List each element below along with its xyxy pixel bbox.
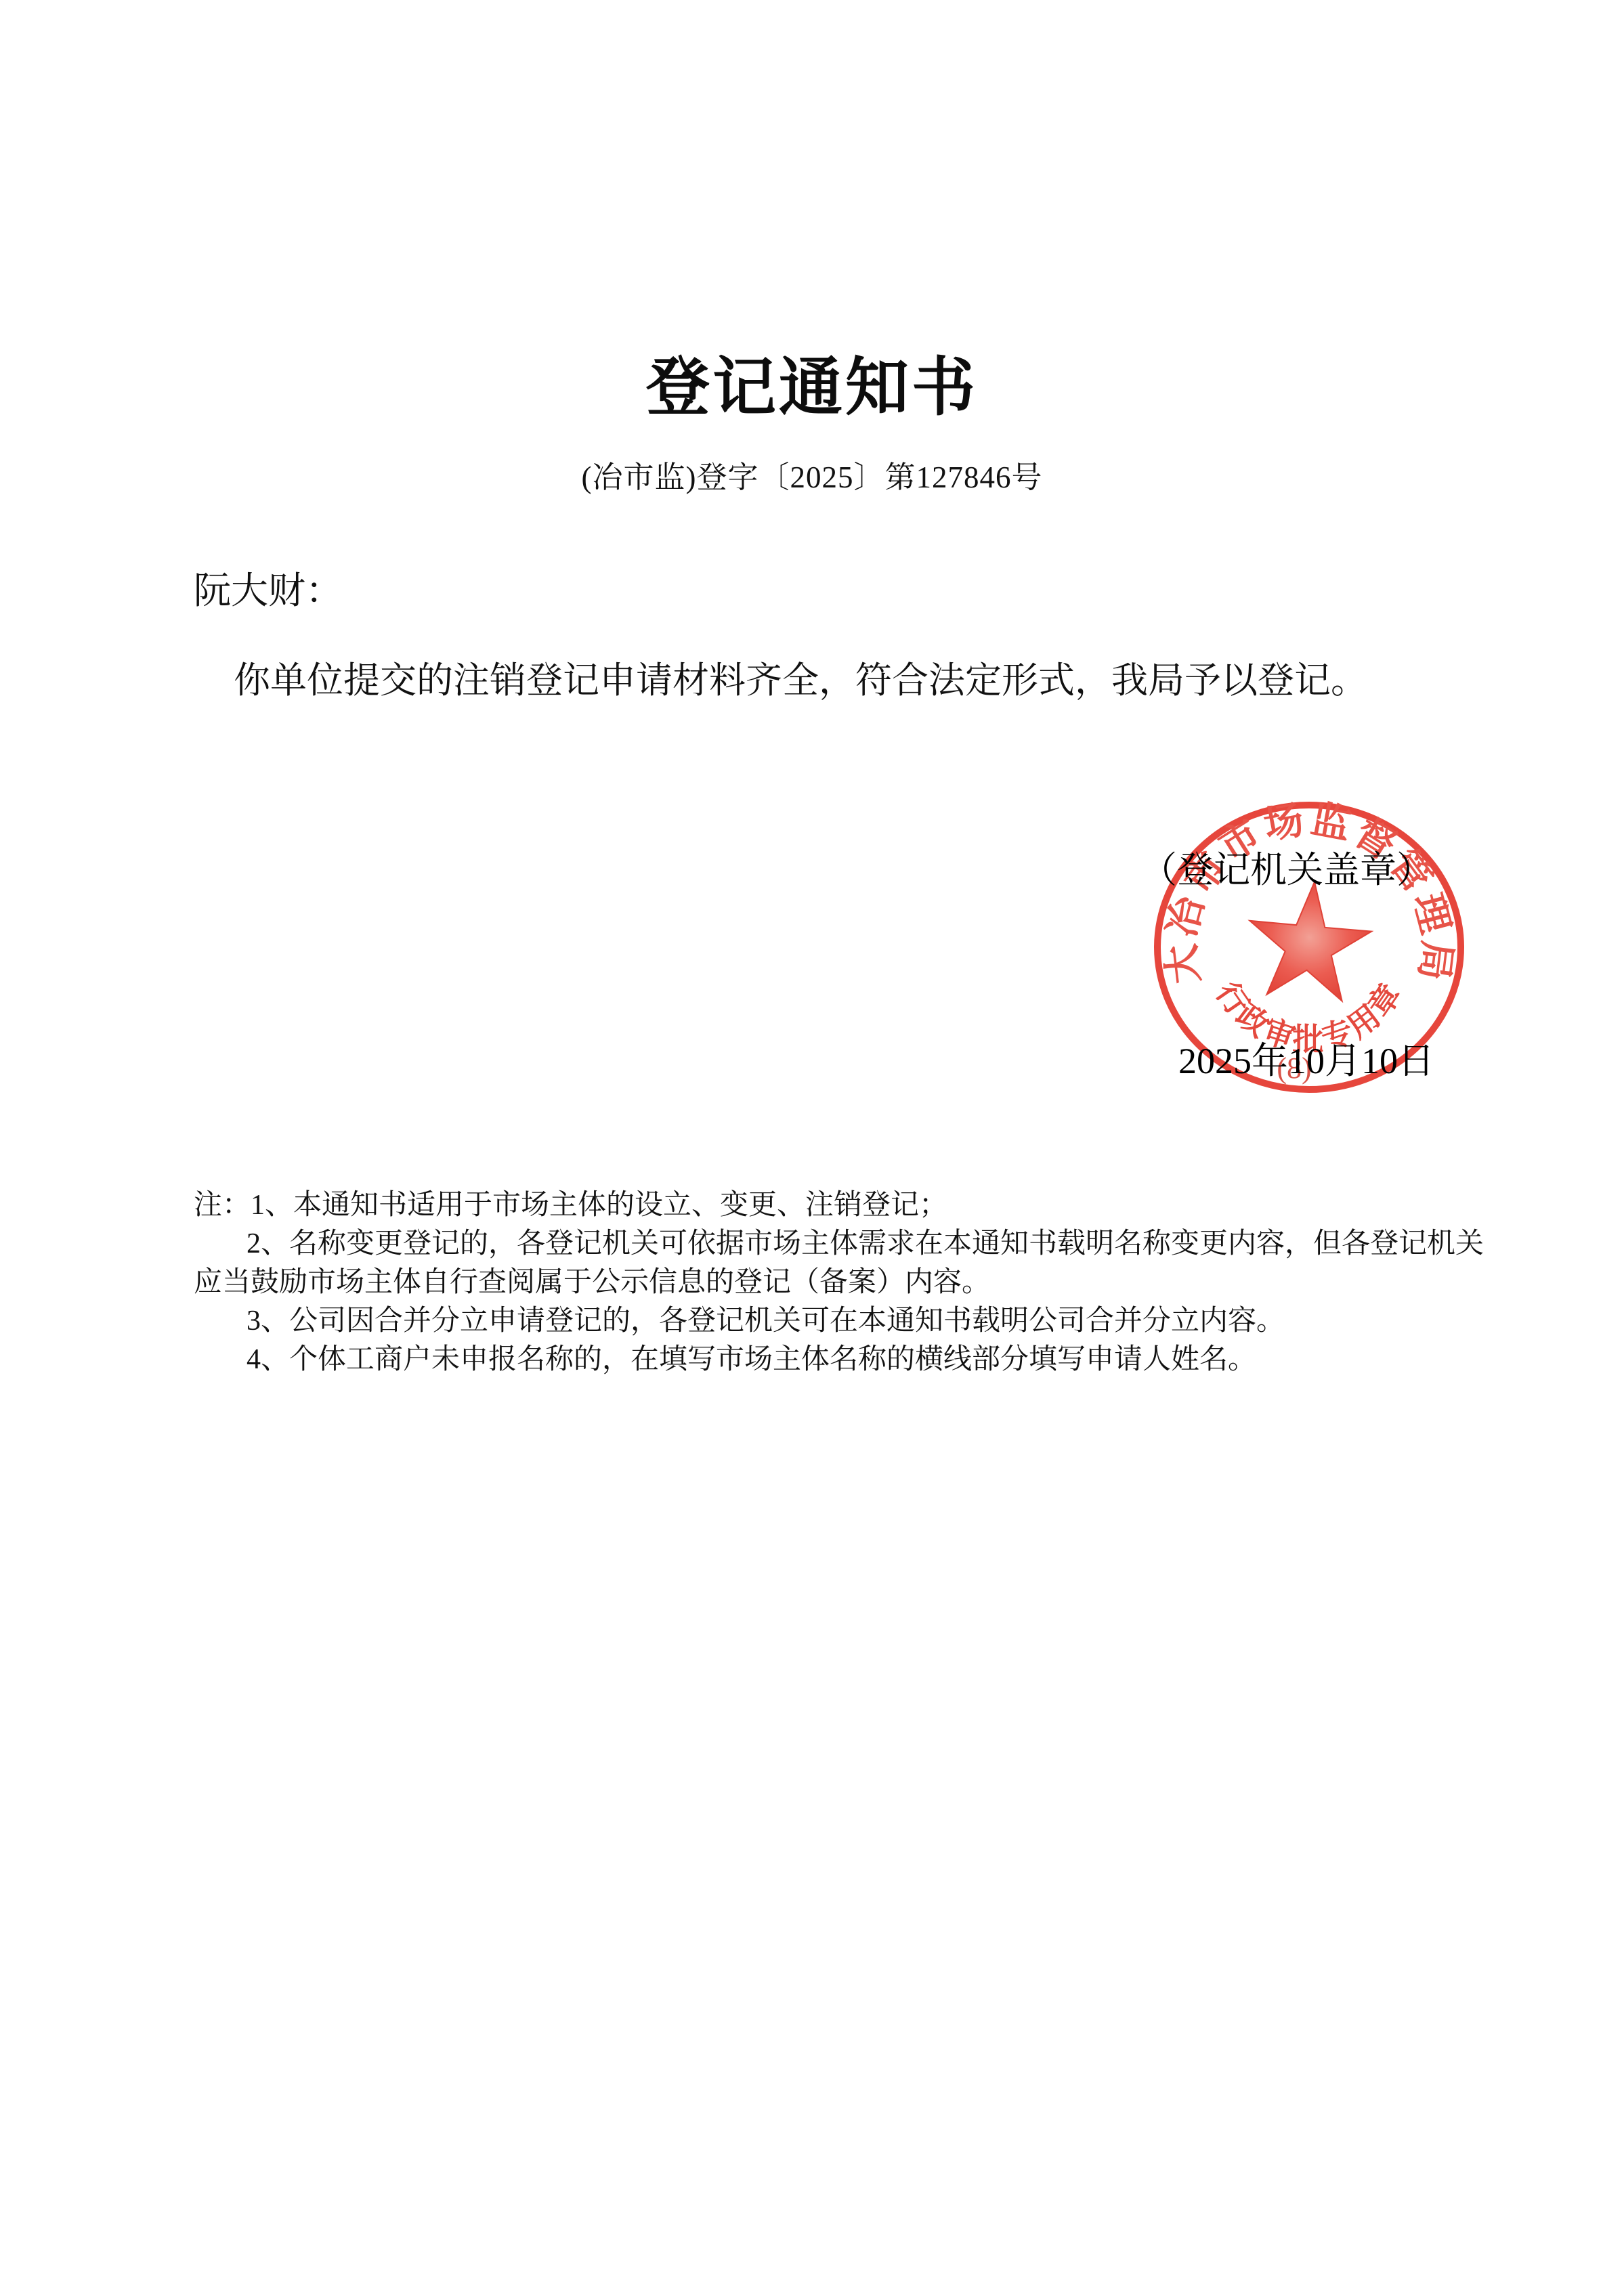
page-title: 登记通知书 [0,336,1624,427]
star-icon [1243,876,1375,1003]
note-line-1: 注：1、本通知书适用于市场主体的设立、变更、注销登记； [194,1186,1467,1225]
note-line-2: 2、名称变更登记的，各登记机关可依据市场主体需求在本通知书载明名称变更内容，但各… [194,1225,1467,1263]
issue-date: 2025年10月10日 [1178,1032,1434,1084]
note-line-2-continued: 应当鼓励市场主体自行查阅属于公示信息的登记（备案）内容。 [194,1263,1467,1302]
document-page: 登记通知书 (冶市监)登字〔2025〕第127846号 阮大财： 你单位提交的注… [0,0,1624,2296]
notes-section: 注：1、本通知书适用于市场主体的设立、变更、注销登记； 2、名称变更登记的，各登… [194,1186,1467,1379]
seal-caption: （登记机关盖章） [1140,841,1433,893]
document-number: (冶市监)登字〔2025〕第127846号 [0,452,1624,496]
note-line-3: 3、公司因合并分立申请登记的，各登记机关可在本通知书载明公司合并分立内容。 [194,1302,1467,1341]
body-paragraph: 你单位提交的注销登记申请材料齐全，符合法定形式，我局予以登记。 [194,658,1467,704]
note-line-4: 4、个体工商户未申报名称的，在填写市场主体名称的横线部分填写申请人姓名。 [194,1341,1467,1379]
addressee-name: 阮大财： [194,561,343,614]
